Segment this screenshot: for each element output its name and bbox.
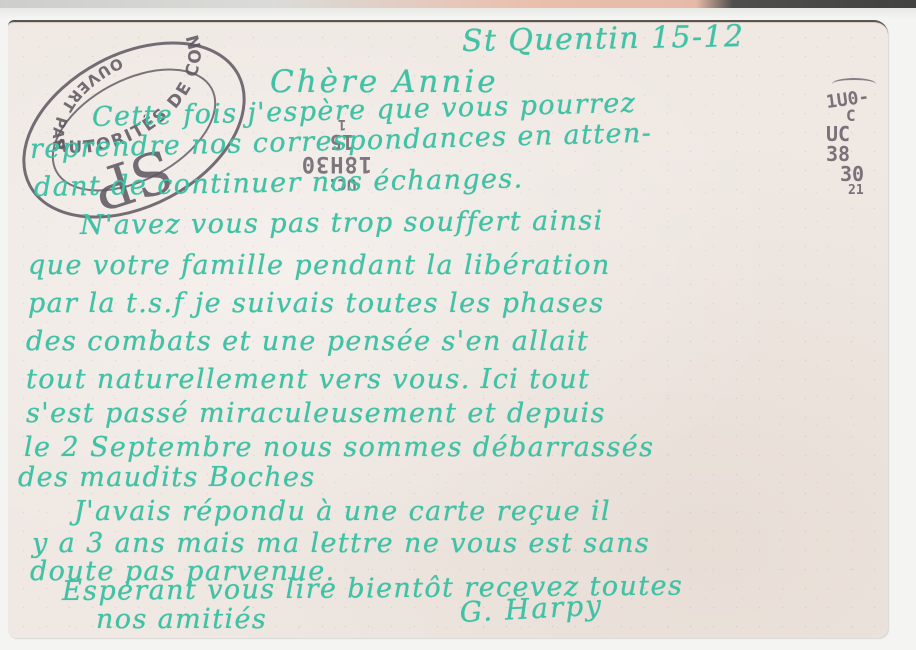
letter-line: dant de continuer nos échanges.	[34, 163, 524, 203]
letter-line: des maudits Boches	[18, 462, 316, 493]
letter-line: que votre famille pendant la libération	[28, 250, 611, 281]
letter-line: y a 3 ans mais ma lettre ne vous est san…	[32, 528, 650, 559]
letter-line: s'est passé miraculeusement et depuis	[26, 398, 606, 429]
letter-line: par la t.s.f je suivais toutes les phase…	[28, 288, 605, 319]
letter-line: J'avais répondu à une carte reçue il	[74, 496, 611, 527]
letter-line: des combats et une pensée s'en allait	[26, 326, 589, 357]
letter-line: tout naturellement vers vous. Ici tout	[26, 364, 590, 395]
letter-line: N'avez vous pas trop souffert ainsi	[80, 205, 604, 241]
letter-line: nos amitiés	[96, 604, 267, 635]
letter-heading: St Quentin 15-12	[462, 19, 745, 59]
letter-line: le 2 Septembre nous sommes débarrassés	[24, 432, 654, 463]
handwritten-letter: St Quentin 15-12 Chère Annie Cette fois …	[0, 0, 916, 650]
